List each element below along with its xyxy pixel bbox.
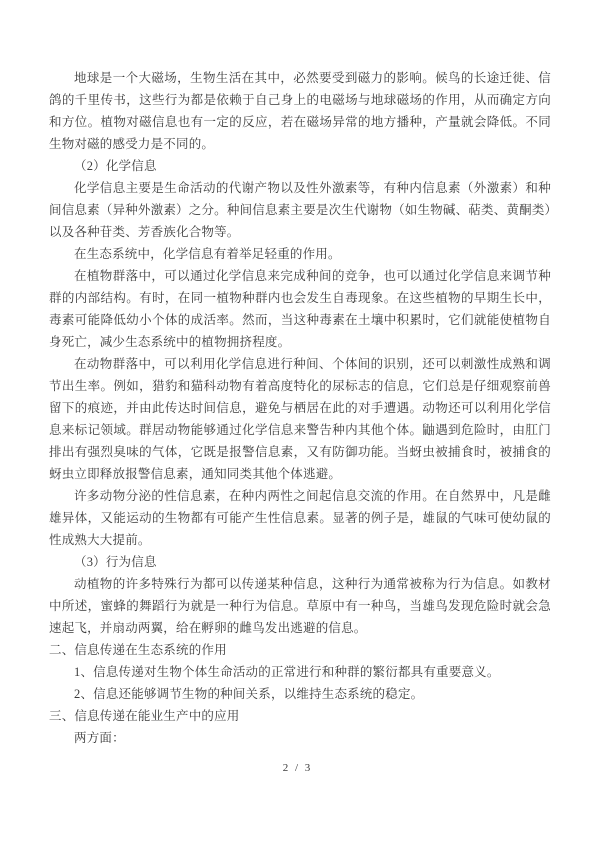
paragraph-behavior-info: 动植物的许多特殊行为都可以传递某种信息，这种行为通常被称为行为信息。如教材中所述… [49,573,551,639]
paragraph-two-aspects: 两方面： [49,727,551,749]
page-number: 2 / 3 [0,762,595,774]
paragraph-animal-community: 在动物群落中，可以利用化学信息进行种间、个体间的识别，还可以刺激性成熟和调节出生… [49,353,551,485]
subsection-heading-chemical-info: （2）化学信息 [49,155,551,177]
document-page: 地球是一个大磁场，生物生活在其中，必然要受到磁力的影响。候鸟的长途迁徙、信鸽的千… [0,0,595,841]
section-heading-ecosystem-function: 二、信息传递在生态系统的作用 [49,639,551,661]
paragraph-chemical-info-definition: 化学信息主要是生命活动的代谢产物以及性外激素等，有种内信息素（外激素）和种间信息… [49,177,551,243]
paragraph-sex-pheromone: 许多动物分泌的性信息素，在种内两性之间起信息交流的作用。在自然界中，凡是雌雄异体… [49,485,551,551]
paragraph-magnetic-info: 地球是一个大磁场，生物生活在其中，必然要受到磁力的影响。候鸟的长途迁徙、信鸽的千… [49,67,551,155]
document-body: 地球是一个大磁场，生物生活在其中，必然要受到磁力的影响。候鸟的长途迁徙、信鸽的千… [49,67,551,749]
list-item-2: 2、信息还能够调节生物的种间关系，以维持生态系统的稳定。 [49,683,551,705]
section-heading-production-application: 三、信息传递在能业生产中的应用 [49,705,551,727]
paragraph-plant-community: 在植物群落中，可以通过化学信息来完成种间的竞争，也可以通过化学信息来调节种群的内… [49,265,551,353]
paragraph-ecosystem-role: 在生态系统中，化学信息有着举足轻重的作用。 [49,243,551,265]
subsection-heading-behavior-info: （3）行为信息 [49,551,551,573]
list-item-1: 1、信息传递对生物个体生命活动的正常进行和种群的繁衍都具有重要意义。 [49,661,551,683]
